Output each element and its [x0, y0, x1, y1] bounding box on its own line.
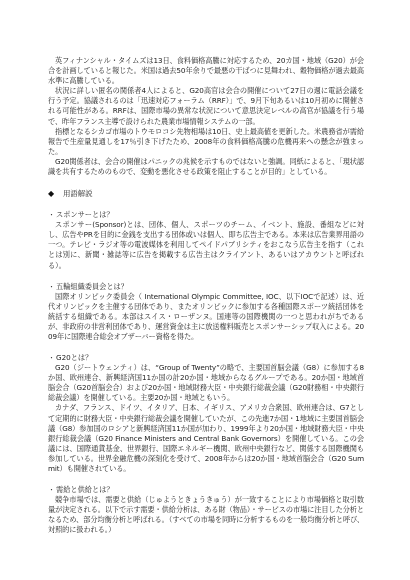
glossary-heading-label: 用語解説	[63, 189, 93, 199]
term-title-label: G20とは？	[56, 353, 92, 363]
term-paragraph: 国際オリンピック委員会（ International Olympic Commi…	[48, 292, 364, 342]
term-title: ・ スポンサーとは？	[48, 210, 364, 220]
document-page: 英フィナンシャル・タイムズは13日、食料価格高騰に対応するため、20カ国・地域（…	[48, 56, 364, 535]
bullet-icon: ・	[48, 485, 56, 495]
bullet-icon: ・	[48, 353, 56, 363]
bullet-icon: ・	[48, 210, 56, 220]
article-body: 英フィナンシャル・タイムズは13日、食料価格高騰に対応するため、20カ国・地域（…	[48, 56, 364, 177]
glossary-term-olympic-committee: ・ 五輪組織委員会とは？ 国際オリンピック委員会（ International …	[48, 282, 364, 342]
glossary-term-sponsor: ・ スポンサーとは？ スポンサー(Sponsor)とは、団体、個人、スポーツのチ…	[48, 210, 364, 270]
bullet-icon: ・	[48, 282, 56, 292]
term-paragraph: G20（ジートウェンティ）は、“Group of Twenty”の略で、主要国首…	[48, 363, 364, 403]
term-paragraph: 競争市場では、需要と供給（じゅようときょうきゅう）が一致することにより市場価格と…	[48, 495, 364, 535]
article-paragraph-4: G20関係者は、会合の開催はパニックの兆候を示すものではないと強調。同紙によると…	[48, 157, 364, 177]
term-title-label: スポンサーとは？	[56, 210, 114, 220]
black-diamond-icon: ◆	[48, 189, 55, 199]
glossary-term-g20: ・ G20とは？ G20（ジートウェンティ）は、“Group of Twenty…	[48, 353, 364, 474]
term-title: ・ G20とは？	[48, 353, 364, 363]
glossary-heading: ◆ 用語解説	[48, 189, 364, 199]
glossary-term-supply-demand: ・ 需給と供給とは？ 競争市場では、需要と供給（じゅようときょうきゅう）が一致す…	[48, 485, 364, 535]
article-paragraph-3: 指標となるシカゴ市場のトウモロコシ先物相場は10日、史上最高値を更新した。米農務…	[48, 127, 364, 157]
term-title-label: 需給と供給とは？	[56, 485, 114, 495]
article-paragraph-2: 状況に詳しい匿名の関係者4人によると、G20高官は会合の開催について27日の週に…	[48, 86, 364, 126]
term-title: ・ 需給と供給とは？	[48, 485, 364, 495]
term-title: ・ 五輪組織委員会とは？	[48, 282, 364, 292]
term-title-label: 五輪組織委員会とは？	[56, 282, 128, 292]
article-paragraph-1: 英フィナンシャル・タイムズは13日、食料価格高騰に対応するため、20カ国・地域（…	[48, 56, 364, 86]
term-paragraph: カナダ、フランス、ドイツ、イタリア、日本、イギリス、アメリカ合衆国、欧州連合は、…	[48, 403, 364, 474]
term-paragraph: スポンサー(Sponsor)とは、団体、個人、スポーツのチーム、イベント、施設、…	[48, 220, 364, 270]
